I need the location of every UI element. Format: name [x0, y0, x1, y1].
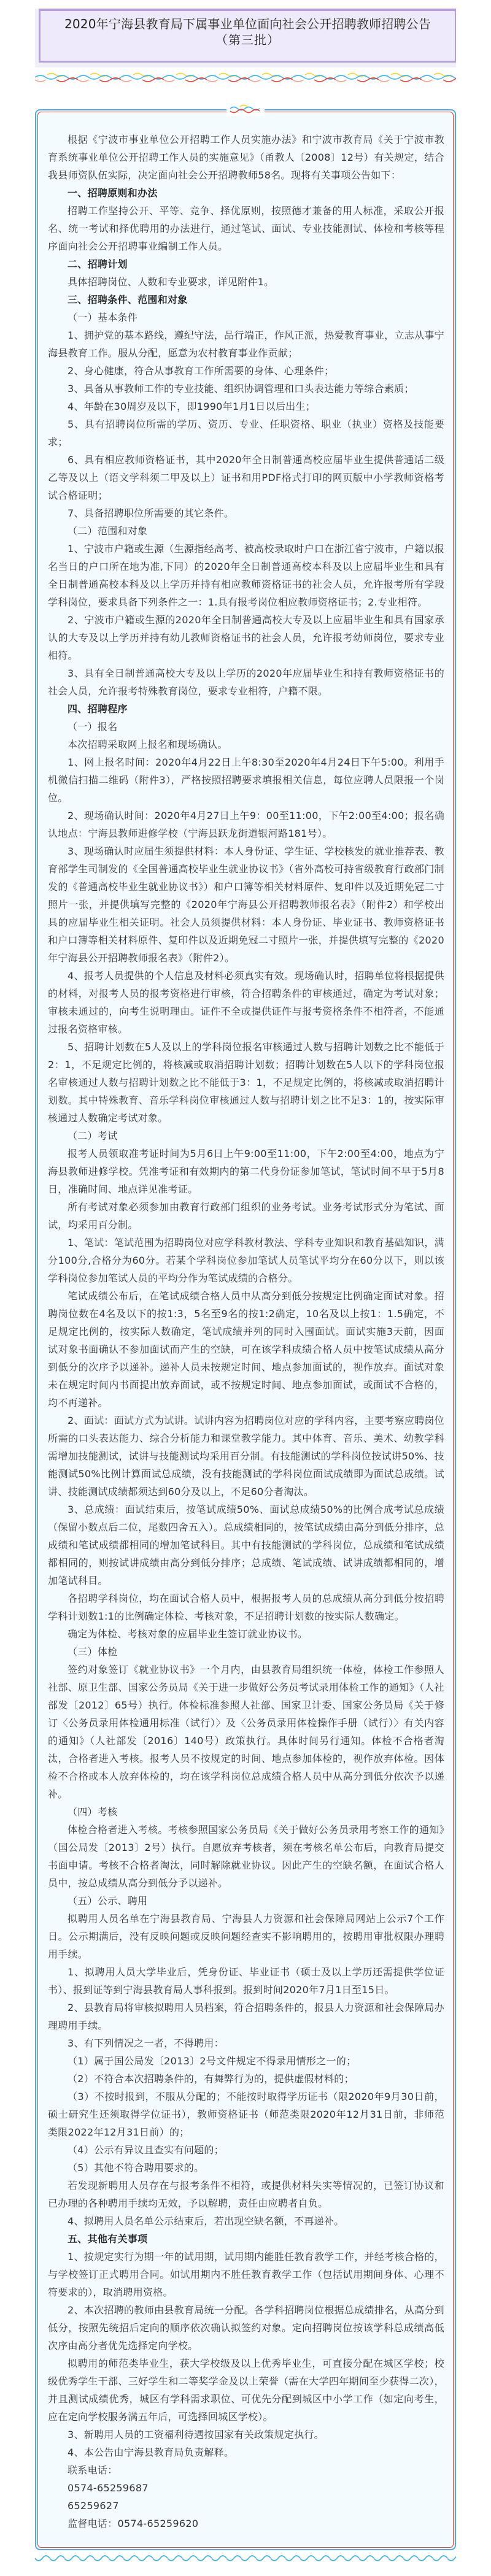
paragraph: 所有考试对象必须参加由教育行政部门组织的业务考试。业务考试形式分为笔试、面试，均… — [48, 1198, 444, 1234]
list-item: 2、宁波市户籍或生源的2020年全日制普通高校大专及以上应届毕业生和具有国家承认… — [48, 611, 444, 664]
paragraph: 拟聘用的师范类毕业生，获大学校级及以上优秀毕业生，可直接分配在城区学校；校级优秀… — [48, 2355, 444, 2426]
subsection-heading: （二）范围和对象 — [48, 522, 444, 540]
section-heading: 五、其他有关事项 — [48, 2230, 444, 2248]
list-item: 3、有下列情况之一者，不得聘用： — [48, 2034, 444, 2052]
content-body: 根据《宁波市事业单位公开招聘工作人员实施办法》和宁波市教育局《关于宁波市教育系统… — [37, 112, 454, 2548]
paragraph: 拟聘用人员名单在宁海县教育局、宁海县人力资源和社会保障局网站上公示7个工作日。公… — [48, 1910, 444, 1963]
list-item: （4）公示有异议且查实有问题的； — [48, 2141, 444, 2159]
paragraph: 若发现新聘用人员存在与报考条件不相符，或提供材料失实等情况的，已签订协议和已办理… — [48, 2177, 444, 2212]
list-item: 4、本公告由宁海县教育局负责解释。 — [48, 2443, 444, 2461]
list-item: 1、按规定实行为期一年的试用期，试用期内能胜任教育教学工作，并经考核合格的，与学… — [48, 2248, 444, 2301]
list-item: 1、宁波市户籍或生源（生源指经高考、被高校录取时户口在浙江省宁波市，户籍以报名当… — [48, 540, 444, 611]
list-item: 2、本次招聘的教师由县教育局统一分配。各学科招聘岗位根据总成绩排名，从高分到低分… — [48, 2301, 444, 2355]
subsection-heading: （二）考试 — [48, 1127, 444, 1145]
list-item: 1、拟聘用人员大学毕业后，凭身份证、毕业证书（硕士及以上学历还需提供学位证书）、… — [48, 1963, 444, 1999]
list-item: 5、具有招聘岗位所需的学历、资历、专业、任职资格、职业（执业）资格及技能要求； — [48, 415, 444, 451]
bottom-wave-icon — [35, 2555, 456, 2564]
paragraph: 2、面试：面试方式为试讲。试讲内容为招聘岗位对应的学科内容，主要考察应聘岗位所需… — [48, 1412, 444, 1501]
list-item: 4、报考人员提供的个人信息及材料必须真实有效。现场确认时，招聘单位将根据提供的材… — [48, 967, 444, 1038]
subsection-heading: （四）考核 — [48, 1803, 444, 1821]
title-banner: 2020年宁海县教育局下属事业单位面向社会公开招聘教师招聘公告 （第三批） — [35, 9, 456, 67]
paragraph: 各招聘学科岗位，均在面试合格人员中，根据报考人员的总成绩从高分到低分按招聘学科计… — [48, 1590, 444, 1625]
paragraph: 体检合格者进入考核。考核参照国家公务员局《关于做好公务员录用考察工作的通知》（国… — [48, 1821, 444, 1892]
list-item: 2、现场确认时间：2020年4月27日上午9：00至11:00，下午2:00至4… — [48, 807, 444, 842]
paragraph: 笔试成绩公布后，在笔试成绩合格人员中从高分到低分按规定比例确定面试对象。招聘岗位… — [48, 1287, 444, 1412]
contact-label: 联系电话： — [48, 2461, 444, 2479]
list-item: （1）属于国公局发〔2013〕2号文件规定不得录用情形之一的； — [48, 2052, 444, 2070]
list-item: 6、具有相应教师资格证书，其中2020年全日制普通高校应届毕业生提供普通话二级乙… — [48, 451, 444, 504]
page-title: 2020年宁海县教育局下属事业单位面向社会公开招聘教师招聘公告 — [48, 16, 447, 32]
list-item: （5）其他不符合聘用要求的。 — [48, 2159, 444, 2177]
list-item: （2）不符合本次招聘条件的，有舞弊行为的，提供虚假材料的； — [48, 2070, 444, 2088]
list-item: 1、网上报名时间：2020年4月22日上午8:30至2020年4月24日下午5:… — [48, 753, 444, 807]
intro-paragraph: 根据《宁波市事业单位公开招聘工作人员实施办法》和宁波市教育局《关于宁波市教育系统… — [48, 131, 444, 184]
wave-divider-icon — [35, 71, 456, 85]
list-item: 3、现场确认时应届生须提供材料：本人身份证、学生证、学校核发的就业推荐表、教育部… — [48, 842, 444, 967]
list-item: 2、县教育局将审核拟聘用人员档案，符合招聘条件的，报县人力资源和社会保障局办理聘… — [48, 1999, 444, 2034]
list-item: 3、新聘用人员的工资福利待遇按国家有关政策规定执行。 — [48, 2426, 444, 2443]
list-item: 4、拟聘用人员名单公示结束后，若出现空缺名额，不再递补。 — [48, 2212, 444, 2230]
paragraph: 1、笔试：笔试范围为招聘岗位对应学科教材教法、学科专业知识和教育基础知识，满分1… — [48, 1234, 444, 1287]
section-heading: 三、招聘条件、范围和对象 — [48, 291, 444, 309]
paragraph: 3、总成绩：面试结束后，按笔试成绩50%、面试总成绩50%的比例合成考试总成绩（… — [48, 1501, 444, 1590]
paragraph: 报考人员领取准考证时间为5月6日上午9:00至11:00，下午2:00至4:00… — [48, 1145, 444, 1198]
title-box: 2020年宁海县教育局下属事业单位面向社会公开招聘教师招聘公告 （第三批） — [39, 9, 456, 63]
card-ornament-icon — [226, 104, 265, 116]
paragraph: 具体招聘岗位、人数和专业要求，详见附件1。 — [48, 273, 444, 291]
contact-phone: 0574-65259687 — [48, 2479, 444, 2497]
subsection-heading: （一）报名 — [48, 718, 444, 736]
list-item: 5、招聘计划数在5人及以上的学科岗位报名审核通过人数与招聘计划数之比不能低于2：… — [48, 1038, 444, 1127]
list-item: 4、年龄在30周岁及以下，即1990年1月1日以后出生； — [48, 398, 444, 415]
paragraph: 确定为体检、考核对象的应届毕业生签订就业协议书。 — [48, 1625, 444, 1643]
list-item: 1、拥护党的基本路线，遵纪守法，品行端正，作风正派，热爱教育事业，立志从事宁海县… — [48, 326, 444, 362]
section-heading: 四、招聘程序 — [48, 700, 444, 718]
list-item: 2、身心健康，符合从事教育工作所需要的身体、心理条件； — [48, 362, 444, 380]
subsection-heading: （三）体检 — [48, 1643, 444, 1661]
subsection-heading: （一）基本条件 — [48, 309, 444, 326]
section-heading: 二、招聘计划 — [48, 255, 444, 273]
paragraph: 签约对象签订《就业协议书》一个月内，由县教育局组织统一体检，体检工作参照人社部、… — [48, 1661, 444, 1803]
subsection-heading: （五）公示、聘用 — [48, 1892, 444, 1910]
contact-phone: 65259627 — [48, 2497, 444, 2515]
list-item: 7、具备招聘职位所需要的其它条件。 — [48, 504, 444, 522]
paragraph: 招聘工作坚持公开、平等、竞争、择优原则，按照德才兼备的用人标准，采取公开报名、统… — [48, 202, 444, 255]
section-heading: 一、招聘原则和办法 — [48, 184, 444, 202]
page-subtitle: （第三批） — [48, 32, 447, 48]
list-item: 3、具有全日制普通高校大专及以上学历的2020年应届毕业生和持有教师资格证书的社… — [48, 664, 444, 700]
announcement-page: 2020年宁海县教育局下属事业单位面向社会公开招聘教师招聘公告 （第三批） 根据… — [0, 0, 491, 2576]
list-item: （3）不按时报到，不服从分配的；不能按时取得学历证书（限2020年9月30日前，… — [48, 2088, 444, 2141]
content-card: 根据《宁波市事业单位公开招聘工作人员实施办法》和宁波市教育局《关于宁波市教育系统… — [35, 109, 456, 2550]
paragraph: 本次招聘采取网上报名和现场确认。 — [48, 736, 444, 753]
supervise-phone: 监督电话：0574-65259620 — [48, 2515, 444, 2532]
list-item: 3、具备从事教师工作的专业技能、组织协调管理和口头表达能力等综合素质； — [48, 380, 444, 398]
